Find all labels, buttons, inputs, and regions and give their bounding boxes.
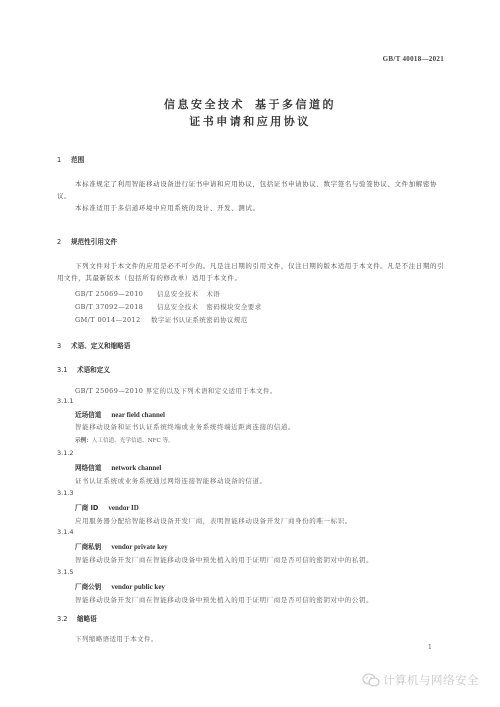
section-number: 3.1	[57, 366, 77, 374]
reference-code: GM/T 0014—2012	[75, 316, 151, 324]
term-name: 厂商公钥vendor public key	[75, 581, 165, 591]
page-number: 1	[428, 644, 432, 651]
section-number: 3.2	[57, 615, 77, 623]
title-line-2: 证书申请和应用协议	[0, 113, 500, 130]
term-name-zh: 厂商 ID	[75, 504, 98, 512]
title-line-1: 信息安全技术基于多信道的	[0, 96, 500, 113]
term-name-en: vendor private key	[111, 543, 167, 551]
reference-item: GB/T 25069—2010信息安全技术术语	[75, 289, 220, 298]
term-name-zh: 厂商公钥	[75, 583, 101, 591]
reference-item: GB/T 37092—2018信息安全技术密码模块安全要求	[75, 302, 262, 311]
title-part-2: 基于多信道的	[255, 98, 336, 111]
term-name-en: network channel	[111, 464, 161, 472]
section-3-2-heading: 3.2缩略语	[57, 613, 97, 623]
page-header-standard-code: GB/T 40018—2021	[383, 55, 444, 63]
term-name-zh: 网络信道	[75, 464, 101, 472]
document-title: 信息安全技术基于多信道的 证书申请和应用协议	[0, 96, 500, 130]
watermark-text: 计算机与网络安全	[383, 672, 479, 688]
term-number: 3.1.2	[57, 449, 74, 457]
reference-item: GM/T 0014—2012数字证书认证系统密码协议规范	[75, 315, 248, 324]
section-number: 1	[57, 156, 71, 164]
reference-title: 信息安全技术	[157, 303, 198, 311]
term-name: 近场信道near field channel	[75, 409, 165, 419]
section-title: 术语、定义和缩略语	[71, 342, 130, 350]
section-title: 范围	[71, 156, 84, 164]
term-definition: 智能移动设备开发厂商在智能移动设备中预先植入的用于证明厂商是否可信的密钥对中的私…	[75, 555, 373, 564]
term-definition: 证书认证系统或业务系统通过网络连接智能移动设备的信道。	[75, 476, 267, 485]
term-example: 示例：人工信道、光学信道、NFC 等。	[75, 436, 174, 444]
term-number: 3.1.3	[57, 489, 74, 497]
reference-code: GB/T 37092—2018	[75, 303, 157, 311]
section-3-heading: 3术语、定义和缩略语	[57, 340, 130, 350]
section-3-1-heading: 3.1术语和定义	[57, 364, 110, 374]
section-title: 缩略语	[77, 615, 97, 623]
term-number: 3.1.1	[57, 397, 74, 405]
section-number: 2	[57, 238, 71, 246]
term-definition: 智能移动设备开发厂商在智能移动设备中预先植入的用于证明厂商是否可信的密钥对中的公…	[75, 595, 373, 604]
term-definition: 智能移动设备和证书认证系统终端或业务系统终端近距离连接的信道。	[75, 422, 295, 431]
reference-subtitle: 术语	[206, 290, 220, 298]
title-part-1: 信息安全技术	[164, 98, 245, 111]
reference-subtitle: 密码模块安全要求	[206, 303, 261, 311]
term-name-zh: 近场信道	[75, 411, 101, 419]
section-2-heading: 2规范性引用文件	[57, 236, 117, 246]
section-title: 规范性引用文件	[71, 238, 117, 246]
wechat-icon	[362, 673, 380, 687]
reference-title: 信息安全技术	[157, 290, 198, 298]
example-text: 人工信道、光学信道、NFC 等。	[92, 438, 174, 444]
term-definition: 应用服务器分配给智能移动设备开发厂商，表明智能移动设备开发厂商身份的唯一标识。	[75, 516, 352, 525]
section-1-paragraph-1: 本标准规定了利用智能移动设备进行证书申请和应用协议，包括证书申请协议、数字签名与…	[57, 178, 445, 202]
term-name-en: vendor public key	[111, 583, 165, 591]
term-number: 3.1.4	[57, 528, 74, 536]
section-title: 术语和定义	[77, 366, 110, 374]
section-1-paragraph-2: 本标准适用于多信道环境中应用系统的设计、开发、测试。	[57, 202, 445, 214]
section-number: 3	[57, 342, 71, 350]
term-name-zh: 厂商私钥	[75, 543, 101, 551]
term-number: 3.1.5	[57, 568, 74, 576]
term-name: 厂商 IDvendor ID	[75, 502, 139, 512]
watermark: 计算机与网络安全	[362, 672, 479, 688]
section-3-2-intro: 下列缩略语适用于本文件。	[75, 634, 158, 643]
example-label: 示例：	[75, 438, 92, 444]
section-2-intro: 下列文件对于本文件的应用是必不可少的。凡是注日期的引用文件，仅注日期的版本适用于…	[57, 260, 445, 284]
reference-code: GB/T 25069—2010	[75, 290, 157, 298]
term-name-en: vendor ID	[108, 504, 138, 512]
term-name: 网络信道network channel	[75, 462, 161, 472]
section-3-1-intro: GB/T 25069—2010 界定的以及下列术语和定义适用于本文件。	[75, 386, 277, 395]
section-1-heading: 1范围	[57, 154, 84, 164]
term-name: 厂商私钥vendor private key	[75, 541, 168, 551]
reference-title: 数字证书认证系统密码协议规范	[151, 316, 248, 324]
term-name-en: near field channel	[111, 411, 165, 419]
